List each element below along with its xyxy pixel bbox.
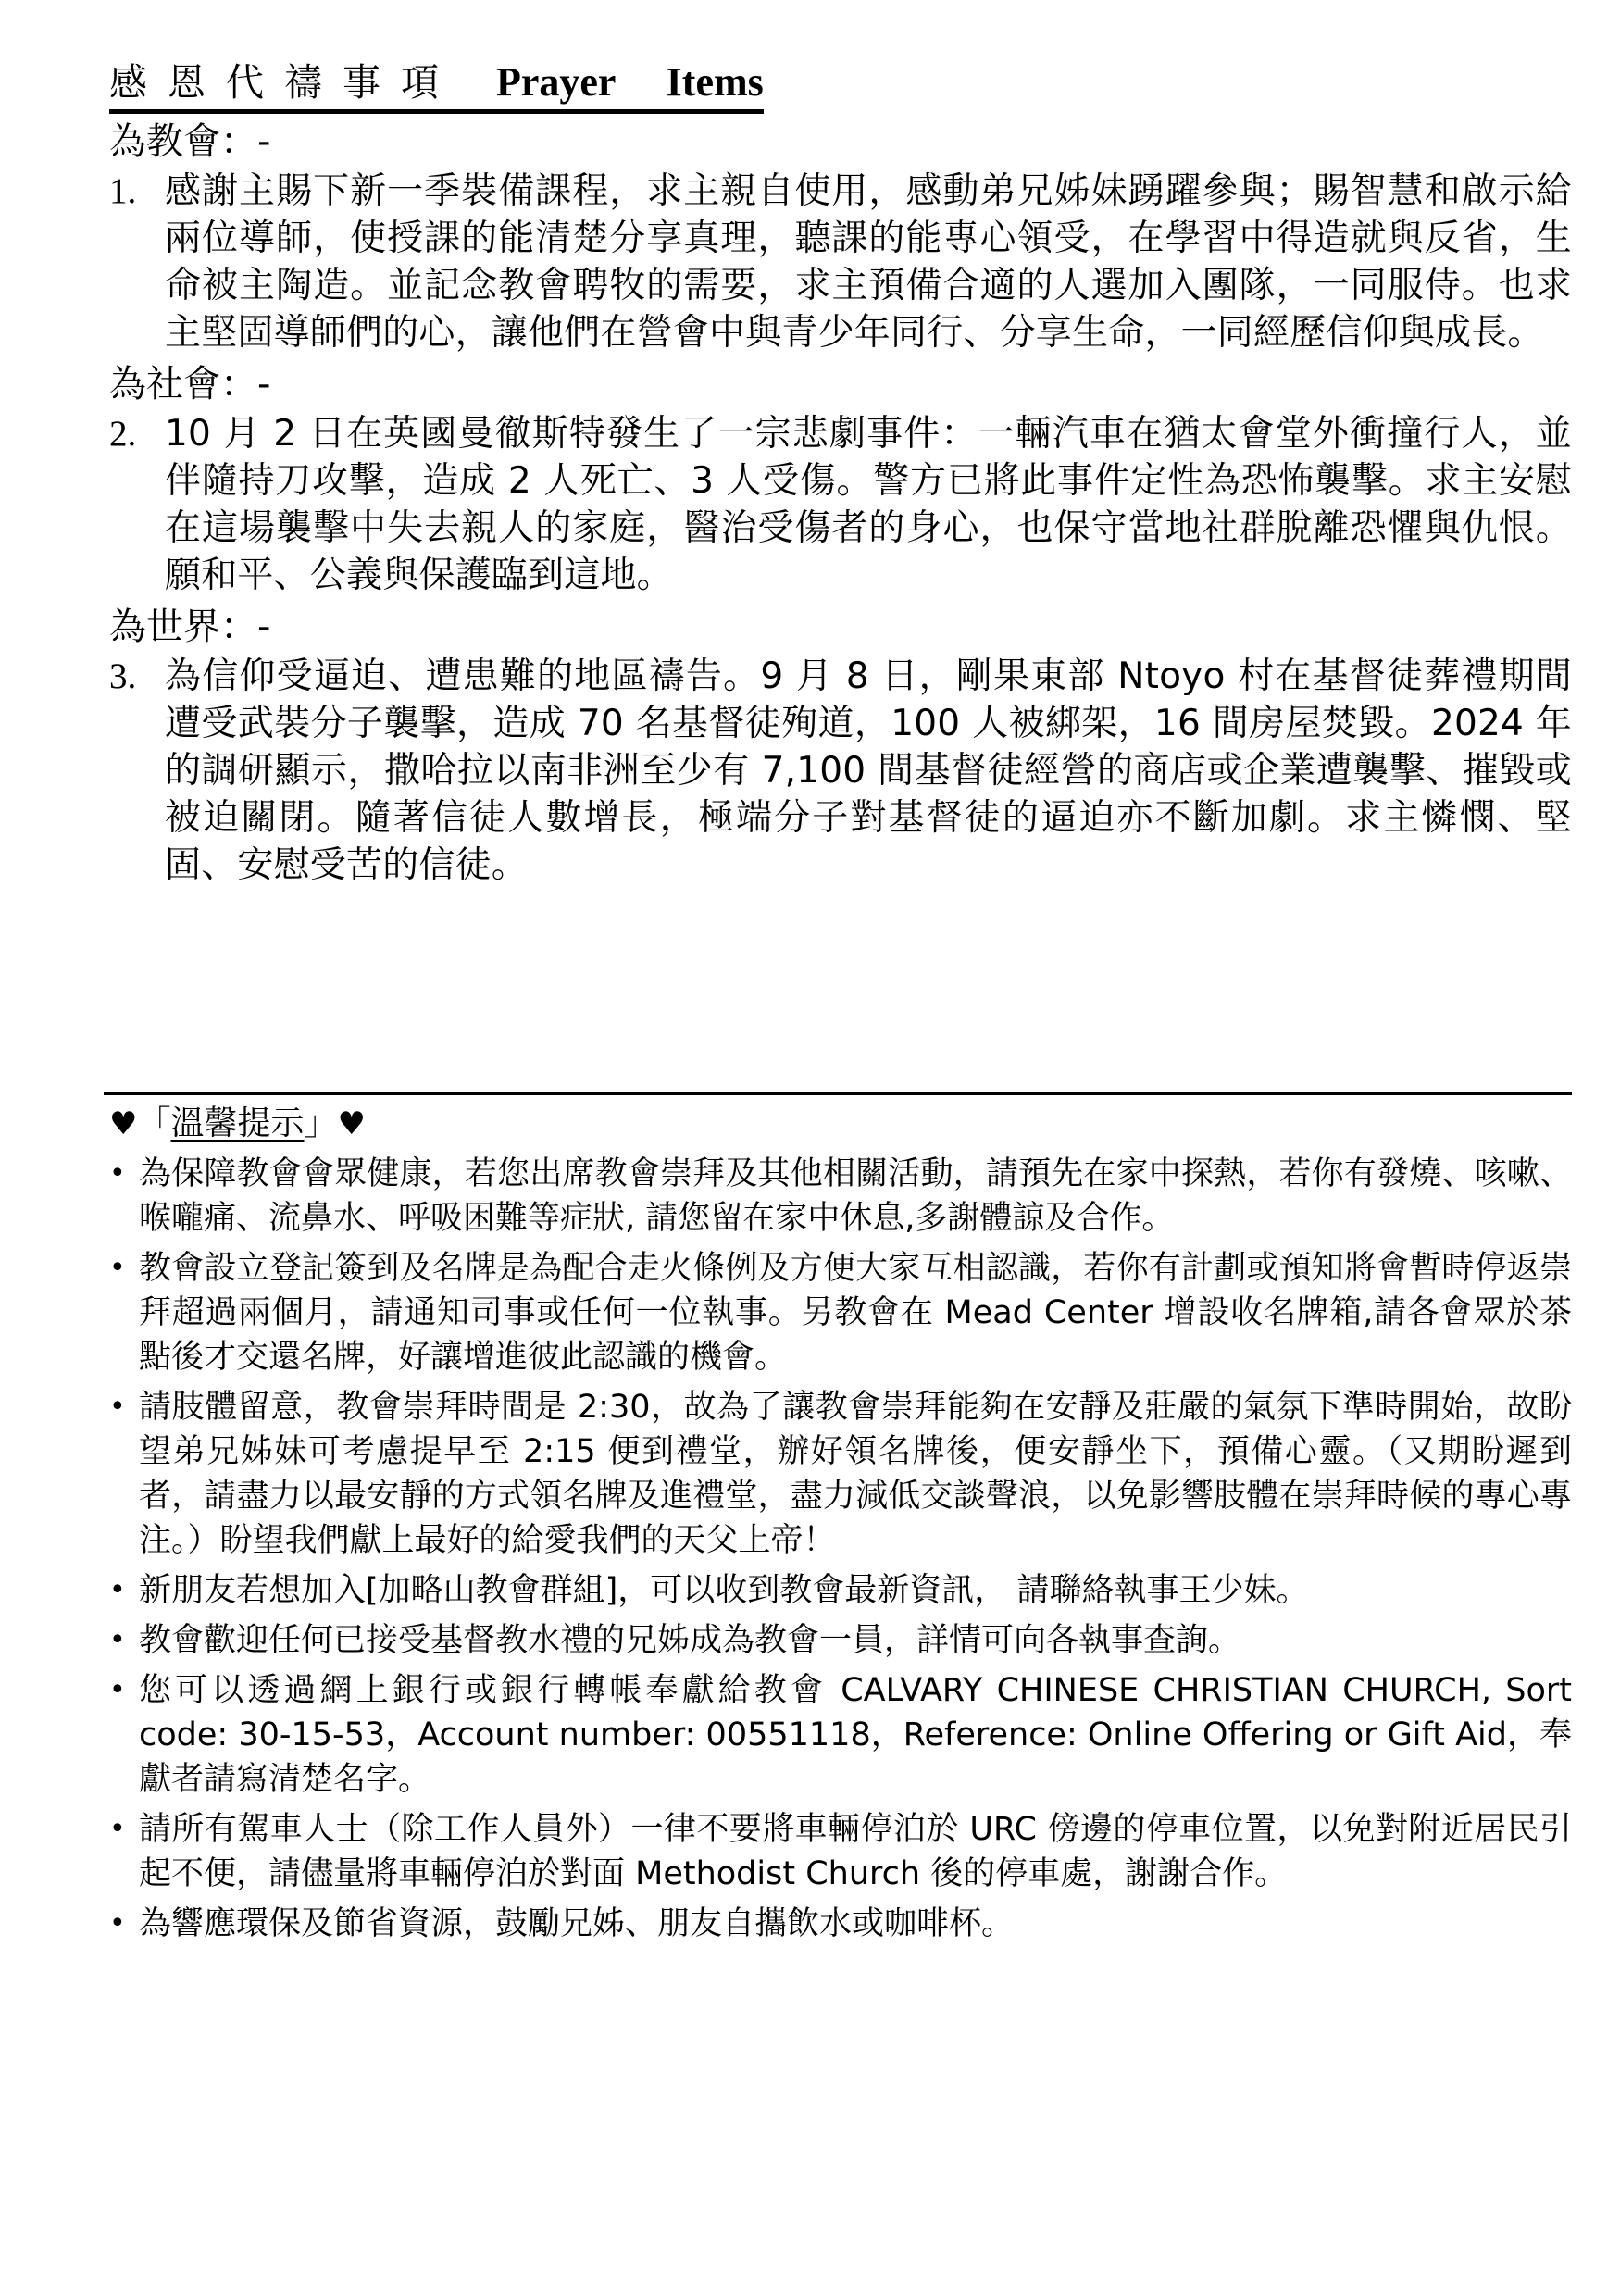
page-title-english: Prayer Items [496,59,764,105]
reminder-text: 教會設立登記簽到及名牌是為配合走火條例及方便大家互相認識，若你有計劃或預知將會暫… [139,1246,1572,1379]
page-title-chinese: 感恩代禱事項 [109,60,459,105]
section-divider [104,1092,1572,1095]
reminder-item: • 請所有駕車人士（除工作人員外）一律不要將車輛停泊於 URC 傍邊的停車位置，… [109,1807,1572,1896]
bullet-icon: • [109,1385,139,1563]
item-text: 感謝主賜下新一季裝備課程，求主親自使用，感動弟兄姊妹踴躍參與；賜智慧和啟示給兩位… [165,168,1572,356]
reminder-item: • 教會歡迎任何已接受基督教水禮的兄姊成為教會一員，詳情可向各執事查詢。 [109,1618,1572,1663]
reminder-text: 為響應環保及節省資源，鼓勵兄姊、朋友自攜飲水或咖啡杯。 [139,1902,1572,1946]
bullet-icon: • [109,1668,139,1802]
reminder-text: 教會歡迎任何已接受基督教水禮的兄姊成為教會一員，詳情可向各執事查詢。 [139,1618,1572,1663]
reminder-text: 您可以透過網上銀行或銀行轉帳奉獻給教會 CALVARY CHINESE CHRI… [139,1668,1572,1802]
reminder-item: • 您可以透過網上銀行或銀行轉帳奉獻給教會 CALVARY CHINESE CH… [109,1668,1572,1802]
reminder-item: • 請肢體留意，教會崇拜時間是 2:30，故為了讓教會崇拜能夠在安靜及莊嚴的氣氛… [109,1385,1572,1563]
item-number: 3. [109,653,165,889]
section-heading: 為社會：- [109,358,1572,410]
item-text: 為信仰受逼迫、遭患難的地區禱告。9 月 8 日，剛果東部 Ntoyo 村在基督徒… [165,653,1572,889]
reminders-heading: ♥「溫馨提示」♥ [109,1100,1572,1148]
heart-icon: ♥ [338,1105,366,1142]
prayer-items-page: 感恩代禱事項Prayer Items 為教會：- 1. 感謝主賜下新一季裝備課程… [109,56,1572,889]
item-number: 2. [109,410,165,599]
reminder-text: 新朋友若想加入[加略山教會群組]，可以收到教會最新資訊， 請聯絡執事王少妹。 [139,1568,1572,1613]
reminder-text: 請所有駕車人士（除工作人員外）一律不要將車輛停泊於 URC 傍邊的停車位置，以免… [139,1807,1572,1896]
close-bracket: 」 [305,1104,338,1142]
prayer-item: 1. 感謝主賜下新一季裝備課程，求主親自使用，感動弟兄姊妹踴躍參與；賜智慧和啟示… [109,168,1572,356]
reminder-item: • 新朋友若想加入[加略山教會群組]，可以收到教會最新資訊， 請聯絡執事王少妹。 [109,1568,1572,1613]
section-society: 為社會：- 2. 10 月 2 日在英國曼徹斯特發生了一宗悲劇事件：一輛汽車在猶… [109,358,1572,599]
item-text: 10 月 2 日在英國曼徹斯特發生了一宗悲劇事件：一輛汽車在猶太會堂外衝撞行人，… [165,410,1572,599]
reminders-label: 溫馨提示 [171,1104,305,1142]
prayer-item: 2. 10 月 2 日在英國曼徹斯特發生了一宗悲劇事件：一輛汽車在猶太會堂外衝撞… [109,410,1572,599]
item-number: 1. [109,168,165,356]
bullet-icon: • [109,1902,139,1946]
section-heading: 為教會：- [109,116,1572,168]
open-bracket: 「 [137,1104,170,1142]
bullet-icon: • [109,1568,139,1613]
bullet-icon: • [109,1152,139,1241]
bullet-icon: • [109,1618,139,1663]
page-title: 感恩代禱事項Prayer Items [109,56,764,114]
prayer-item: 3. 為信仰受逼迫、遭患難的地區禱告。9 月 8 日，剛果東部 Ntoyo 村在… [109,653,1572,889]
reminders-section: ♥「溫馨提示」♥ • 為保障教會會眾健康，若您出席教會崇拜及其他相關活動，請預先… [109,1100,1572,1952]
reminder-item: • 教會設立登記簽到及名牌是為配合走火條例及方便大家互相認識，若你有計劃或預知將… [109,1246,1572,1379]
section-heading: 為世界：- [109,601,1572,653]
reminder-text: 為保障教會會眾健康，若您出席教會崇拜及其他相關活動，請預先在家中探熱，若你有發燒… [139,1152,1572,1241]
bullet-icon: • [109,1246,139,1379]
heart-icon: ♥ [109,1105,137,1142]
section-world: 為世界：- 3. 為信仰受逼迫、遭患難的地區禱告。9 月 8 日，剛果東部 Nt… [109,601,1572,889]
reminder-text: 請肢體留意，教會崇拜時間是 2:30，故為了讓教會崇拜能夠在安靜及莊嚴的氣氛下準… [139,1385,1572,1563]
reminder-item: • 為響應環保及節省資源，鼓勵兄姊、朋友自攜飲水或咖啡杯。 [109,1902,1572,1946]
reminder-item: • 為保障教會會眾健康，若您出席教會崇拜及其他相關活動，請預先在家中探熱，若你有… [109,1152,1572,1241]
bullet-icon: • [109,1807,139,1896]
section-church: 為教會：- 1. 感謝主賜下新一季裝備課程，求主親自使用，感動弟兄姊妹踴躍參與；… [109,116,1572,356]
